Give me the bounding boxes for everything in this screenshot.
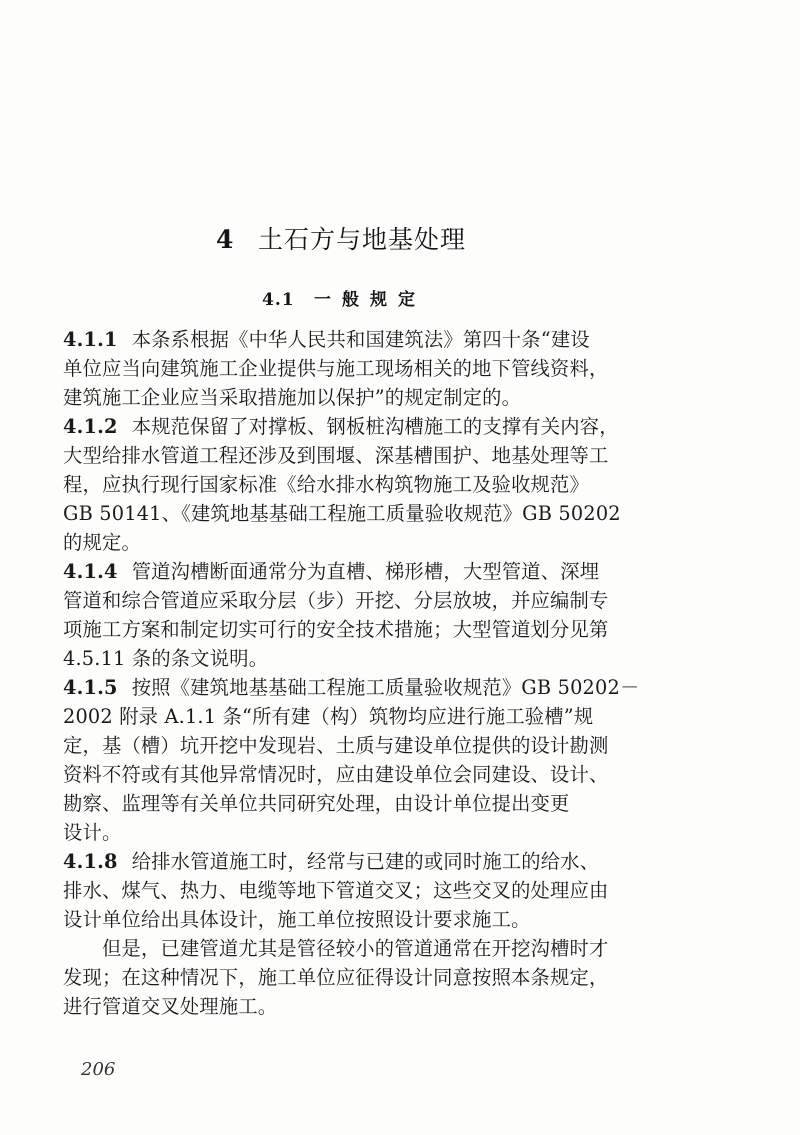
clause-line: 排水、煤气、热力、电缆等地下管道交叉；这些交叉的处理应由: [63, 876, 633, 905]
section-number: 4.1: [262, 290, 314, 310]
clause-line: 4.1.1本条系根据《中华人民共和国建筑法》第四十条“建设: [63, 325, 633, 354]
clause-text: 本条系根据《中华人民共和国建筑法》第四十条“建设: [132, 328, 590, 351]
clause-line: 4.1.8给排水管道施工时，经常与已建的或同时施工的给水、: [63, 847, 633, 876]
clause-4-1-2: 4.1.2本规范保留了对撑板、钢板桩沟槽施工的支撑有关内容， 大型给排水管道工程…: [63, 412, 633, 557]
section-title-text: 一般规定: [314, 290, 426, 310]
clause-text: 按照《建筑地基基础工程施工质量验收规范》GB 50202－: [132, 676, 640, 699]
clause-continuation-line: 但是，已建管道尤其是管径较小的管道通常在开挖沟槽时才: [63, 934, 633, 963]
clause-4-1-8: 4.1.8给排水管道施工时，经常与已建的或同时施工的给水、 排水、煤气、热力、电…: [63, 847, 633, 1021]
clause-line: 4.1.5按照《建筑地基基础工程施工质量验收规范》GB 50202－: [63, 673, 633, 702]
clause-continuation-line: 发现；在这种情况下，施工单位应征得设计同意按照本条规定，: [63, 963, 633, 992]
clause-number: 4.1.1: [63, 325, 118, 354]
clause-4-1-4: 4.1.4管道沟槽断面通常分为直槽、梯形槽，大型管道、深埋 管道和综合管道应采取…: [63, 557, 633, 673]
clause-line: 大型给排水管道工程还涉及到围堰、深基槽围护、地基处理等工: [63, 441, 633, 470]
chapter-title-text: 土石方与地基处理: [258, 225, 466, 254]
body-text: 4.1.1本条系根据《中华人民共和国建筑法》第四十条“建设 单位应当向建筑施工企…: [63, 325, 633, 1021]
clause-line: 4.1.4管道沟槽断面通常分为直槽、梯形槽，大型管道、深埋: [63, 557, 633, 586]
clause-line: 程，应执行现行国家标准《给水排水构筑物施工及验收规范》: [63, 470, 633, 499]
clause-line: 项施工方案和制定切实可行的安全技术措施；大型管道划分见第: [63, 615, 633, 644]
clause-line: 4.1.2本规范保留了对撑板、钢板桩沟槽施工的支撑有关内容，: [63, 412, 633, 441]
clause-line: 2002 附录 A.1.1 条“所有建（构）筑物均应进行施工验槽”规: [63, 702, 633, 731]
clause-line: 定，基（槽）坑开挖中发现岩、土质与建设单位提供的设计勘测: [63, 731, 633, 760]
clause-line: 勘察、监理等有关单位共同研究处理，由设计单位提出变更: [63, 789, 633, 818]
clause-number: 4.1.2: [63, 412, 118, 441]
clause-line: 单位应当向建筑施工企业提供与施工现场相关的地下管线资料，: [63, 354, 633, 383]
clause-line: GB 50141、《建筑地基基础工程施工质量验收规范》GB 50202: [63, 499, 633, 528]
chapter-number: 4: [216, 225, 258, 254]
document-page: 4土石方与地基处理 4.1一般规定 4.1.1本条系根据《中华人民共和国建筑法》…: [0, 0, 800, 1135]
clause-continuation-line: 进行管道交叉处理施工。: [63, 992, 633, 1021]
clause-text: 本规范保留了对撑板、钢板桩沟槽施工的支撑有关内容，: [132, 415, 619, 438]
clause-number: 4.1.8: [63, 847, 118, 876]
clause-line: 设计。: [63, 818, 633, 847]
clause-line: 建筑施工企业应当采取措施加以保护”的规定制定的。: [63, 383, 633, 412]
chapter-heading: 4土石方与地基处理: [216, 220, 466, 256]
clause-line: 资料不符或有其他异常情况时，应由建设单位会同建设、设计、: [63, 760, 633, 789]
clause-number: 4.1.5: [63, 673, 118, 702]
page-number: 206: [81, 1059, 115, 1080]
clause-4-1-1: 4.1.1本条系根据《中华人民共和国建筑法》第四十条“建设 单位应当向建筑施工企…: [63, 325, 633, 412]
clause-text: 给排水管道施工时，经常与已建的或同时施工的给水、: [132, 850, 600, 873]
clause-text: 管道沟槽断面通常分为直槽、梯形槽，大型管道、深埋: [132, 560, 600, 583]
clause-line: 4.5.11 条的条文说明。: [63, 644, 633, 673]
clause-4-1-5: 4.1.5按照《建筑地基基础工程施工质量验收规范》GB 50202－ 2002 …: [63, 673, 633, 847]
clause-number: 4.1.4: [63, 557, 118, 586]
clause-line: 设计单位给出具体设计，施工单位按照设计要求施工。: [63, 905, 633, 934]
section-heading: 4.1一般规定: [262, 285, 426, 310]
clause-line: 的规定。: [63, 528, 633, 557]
clause-line: 管道和综合管道应采取分层（步）开挖、分层放坡，并应编制专: [63, 586, 633, 615]
